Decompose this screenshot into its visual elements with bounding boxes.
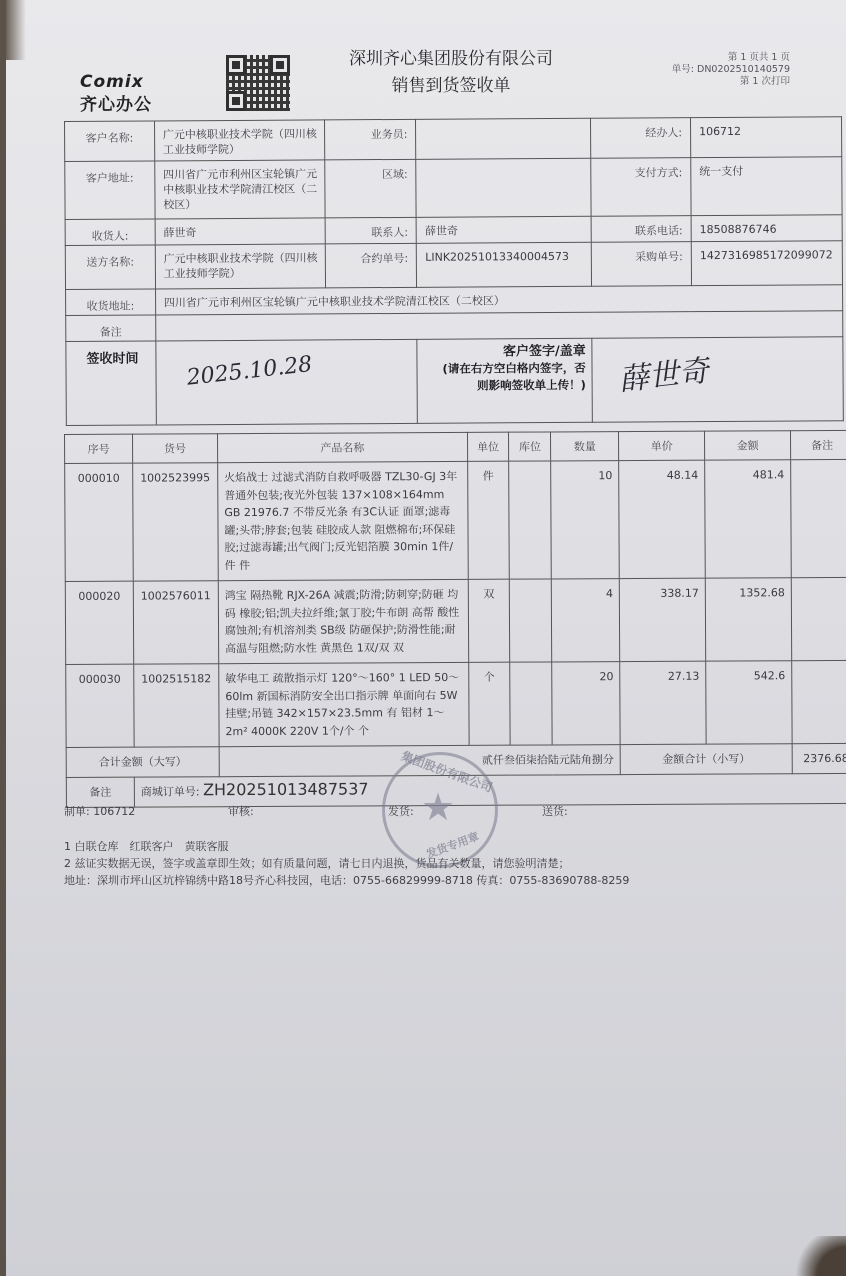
item-seq: 000010 (65, 463, 134, 581)
doc-no: DN0202510140579 (697, 64, 790, 75)
company-address: 地址：深圳市坪山区坑梓锦绣中路18号齐心科技园，电话：0755-66829999… (64, 872, 629, 888)
item-amount: 481.4 (705, 460, 792, 578)
logo-cn: 齐心办公 (80, 90, 152, 115)
note-1: 1 白联仓库 红联客户 黄联客服 (64, 838, 229, 854)
note-2: 2 兹证实数据无误，签字或盖章即生效；如有质量问题，请七日内退换，货品有关数量，… (64, 855, 570, 871)
sign-time-label: 签收时间 (66, 341, 156, 426)
delivery-address-label: 收货地址: (66, 289, 156, 316)
ship-to-label: 送方名称: (65, 245, 155, 290)
document-meta: 第 1 页共 1 页 单号: DN0202510140579 第 1 次打印 (672, 52, 790, 88)
item-unit: 个 (468, 662, 510, 745)
review-label: 审核: (228, 803, 254, 819)
purchase-no: 1427316985172099072 (691, 241, 842, 286)
customer-info-table: 客户名称: 广元中核职业技术学院（四川核工业技师学院） 业务员: 经办人: 10… (64, 116, 844, 426)
mall-order-label: 商城订单号: (141, 785, 200, 798)
sign-instruction-2: 则影响签收单上传！) (418, 377, 586, 395)
item-location (509, 461, 552, 579)
column-header: 单价 (619, 431, 705, 460)
column-header: 库位 (509, 432, 551, 461)
phone-label: 联系电话: (591, 216, 691, 243)
company-name: 深圳齐心集团股份有限公司 (326, 44, 576, 69)
handler-label: 经办人: (591, 118, 691, 159)
items-table: 序号货号产品名称单位库位数量单价金额备注 0000101002523995火焰战… (64, 430, 846, 808)
column-header: 产品名称 (217, 432, 467, 462)
item-sku: 1002576011 (133, 581, 218, 664)
page-info: 第 1 页共 1 页 (672, 52, 790, 64)
contract-label: 合约单号: (325, 243, 417, 288)
sign-time-field[interactable]: 2025.10.28 (156, 339, 418, 425)
remark-label: 备注 (66, 315, 156, 342)
customer-address-label: 客户地址: (65, 161, 155, 220)
purchase-label: 采购单号: (592, 242, 692, 287)
doc-title: 销售到货签收单 (326, 71, 576, 96)
item-qty: 20 (552, 662, 620, 745)
region-label: 区域: (324, 159, 416, 218)
maker: 106712 (93, 805, 135, 818)
item-remark (791, 577, 846, 660)
item-amount: 1352.68 (705, 578, 791, 661)
item-price: 27.13 (620, 661, 706, 744)
contact: 薛世奇 (416, 216, 591, 243)
column-header: 序号 (65, 434, 133, 463)
item-name: 鸿宝 隔热靴 RJX-26A 减震;防滑;防刺穿;防砸 均码 橡胶;铝;凯夫拉纤… (218, 579, 468, 663)
payment-label: 支付方式: (591, 158, 691, 217)
item-location (510, 579, 552, 662)
paper-edge-shadow (6, 0, 26, 60)
item-seq: 000020 (65, 581, 133, 664)
region (416, 158, 591, 217)
handler: 106712 (690, 117, 841, 158)
items-header-row: 序号货号产品名称单位库位数量单价金额备注 (65, 430, 846, 463)
consignee-label: 收货人: (65, 219, 155, 246)
item-unit: 双 (468, 579, 510, 662)
column-header: 单位 (467, 432, 509, 461)
customer-sign-instructions: 客户签字/盖章 (请在右方空白格内签字，否 则影响签收单上传！) (417, 338, 592, 423)
signature-handwritten: 薛世奇 (617, 345, 711, 399)
logo-en: Comix (80, 72, 152, 92)
sign-instruction-1: (请在右方空白格内签字，否 (418, 360, 586, 378)
total-upper-label: 合计金额（大写） (66, 747, 219, 778)
item-sku: 1002515182 (134, 664, 219, 747)
item-seq: 000030 (66, 664, 134, 747)
doc-no-label: 单号: (672, 64, 694, 75)
consignee: 薛世奇 (155, 218, 325, 245)
item-sku: 1002523995 (133, 463, 219, 581)
item-qty: 10 (551, 461, 619, 579)
item-name: 敏华电工 疏散指示灯 120°～160° 1 LED 50～60lm 新国标消防… (219, 662, 469, 746)
item-price: 48.14 (619, 460, 705, 578)
customer-name-label: 客户名称: (65, 121, 155, 162)
total-lower-label: 金额合计（小写） (620, 744, 792, 775)
customer-name: 广元中核职业技术学院（四川核工业技师学院） (154, 120, 324, 161)
document-title: 深圳齐心集团股份有限公司 销售到货签收单 (326, 44, 576, 96)
item-location (510, 662, 552, 745)
item-unit: 件 (467, 461, 510, 579)
sign-time-handwritten: 2025.10.28 (185, 352, 313, 391)
column-header: 备注 (790, 430, 846, 459)
deliver-label: 送货: (542, 803, 568, 819)
mall-order-no: ZH20251013487537 (203, 779, 369, 799)
salesperson (416, 118, 591, 159)
total-lower: 2376.68 (792, 743, 846, 773)
item-row: 0000101002523995火焰战士 过滤式消防自救呼吸器 TZL30-GJ… (65, 459, 846, 581)
customer-address: 四川省广元市利州区宝轮镇广元中核职业技术学院清江校区（二校区） (155, 160, 325, 219)
column-header: 货号 (132, 434, 217, 463)
ship-to: 广元中核职业技术学院（四川核工业技师学院） (155, 244, 325, 289)
item-qty: 4 (552, 579, 620, 662)
customer-sign-label: 客户签字/盖章 (418, 343, 586, 361)
item-amount: 542.6 (706, 661, 792, 744)
contact-label: 联系人: (325, 217, 417, 244)
salesperson-label: 业务员: (324, 119, 416, 160)
maker-label: 制单: (64, 805, 90, 818)
item-remark (791, 459, 846, 577)
item-name: 火焰战士 过滤式消防自救呼吸器 TZL30-GJ 3年 普通外包装;夜光外包装 … (218, 461, 468, 580)
contract-no: LINK20251013340004573 (417, 242, 592, 287)
item-price: 338.17 (619, 578, 705, 661)
ship-label: 发货: (388, 803, 414, 819)
phone: 18508876746 (691, 215, 842, 242)
paper-corner-shadow (786, 1236, 846, 1276)
column-header: 金额 (705, 431, 791, 460)
signature-field[interactable]: 薛世奇 (592, 337, 843, 423)
receipt-paper: Comix 齐心办公 深圳齐心集团股份有限公司 销售到货签收单 第 1 页共 1… (6, 0, 846, 1276)
qr-code-icon (226, 55, 290, 111)
item-row: 0000201002576011鸿宝 隔热靴 RJX-26A 减震;防滑;防刺穿… (65, 577, 846, 664)
print-count: 第 1 次打印 (672, 76, 790, 88)
comix-logo: Comix 齐心办公 (80, 72, 152, 115)
column-header: 数量 (551, 432, 619, 461)
item-remark (792, 660, 846, 743)
approval-line: 制单: 106712 审核: 发货: 送货: (64, 803, 624, 819)
payment-method: 统一支付 (691, 157, 842, 216)
item-row: 0000301002515182敏华电工 疏散指示灯 120°～160° 1 L… (66, 660, 846, 747)
